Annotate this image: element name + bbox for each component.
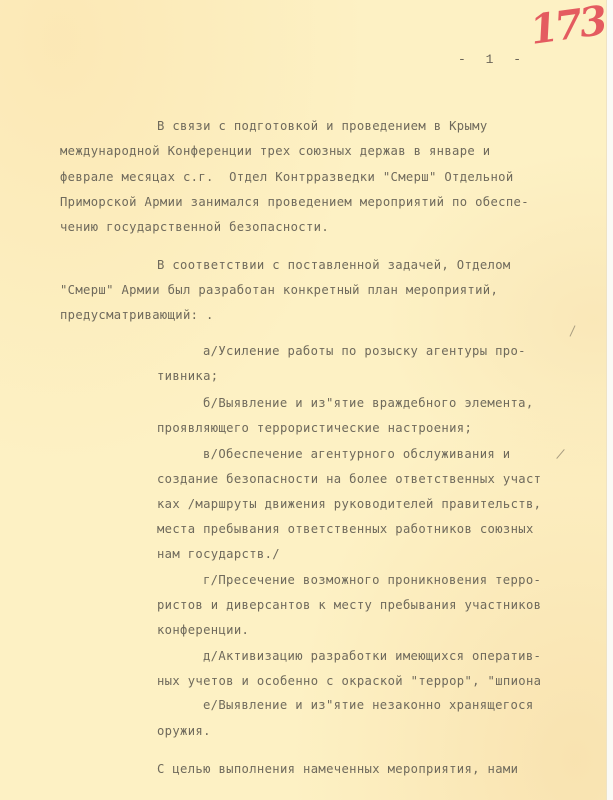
- text-line: В связи с подготовкой и проведением в Кр…: [157, 119, 488, 133]
- text-line: д/Активизацию разработки имеющихся опера…: [203, 649, 541, 663]
- text-line: феврале месяцах с.г. Отдел Контрразведки…: [60, 170, 514, 184]
- text-line: Приморской Армии занимался проведением м…: [60, 195, 529, 209]
- text-line: нам государств./: [157, 547, 280, 561]
- document-page: 173 - 1 - В связи с подготовкой и провед…: [0, 0, 606, 800]
- text-line: конференции.: [157, 623, 249, 637]
- text-line: чению государственной безопасности.: [60, 220, 329, 234]
- page-number: - 1 -: [458, 52, 527, 67]
- scan-edge: [606, 0, 613, 800]
- text-line: е/Выявление и из"ятие незаконно хранящег…: [203, 698, 534, 712]
- text-line: б/Выявление и из"ятие враждебного элемен…: [203, 396, 534, 410]
- text-line: создание безопасности на более ответстве…: [157, 472, 541, 486]
- text-line: предусматривающий: .: [60, 308, 214, 322]
- text-line: В соответствии с поставленной задачей, О…: [157, 258, 511, 272]
- text-line: ках /маршруты движения руководителей пра…: [157, 497, 541, 511]
- text-line: оружия.: [157, 724, 211, 738]
- text-line: в/Обеспечение агентурного обслуживания и: [203, 447, 511, 461]
- text-line: международной Конференции трех союзных д…: [60, 144, 491, 158]
- text-line: а/Усиление работы по розыску агентуры пр…: [203, 344, 526, 358]
- pencil-mark: [570, 325, 576, 336]
- text-line: тивника;: [157, 369, 219, 383]
- text-line: "Смерш" Армии был разработан конкретный …: [60, 283, 498, 297]
- archive-folio-number: 173: [527, 0, 606, 54]
- text-line: ристов и диверсантов к месту пребывания …: [157, 598, 541, 612]
- text-line: г/Пресечение возможного проникновения те…: [203, 573, 541, 587]
- pencil-mark: [556, 449, 564, 459]
- text-line: С целью выполнения намеченных мероприяти…: [157, 762, 518, 776]
- text-line: места пребывания ответственных работнико…: [157, 522, 534, 536]
- text-line: ных учетов и особенно с окраской "террор…: [157, 674, 541, 688]
- text-line: проявляющего террористические настроения…: [157, 421, 472, 435]
